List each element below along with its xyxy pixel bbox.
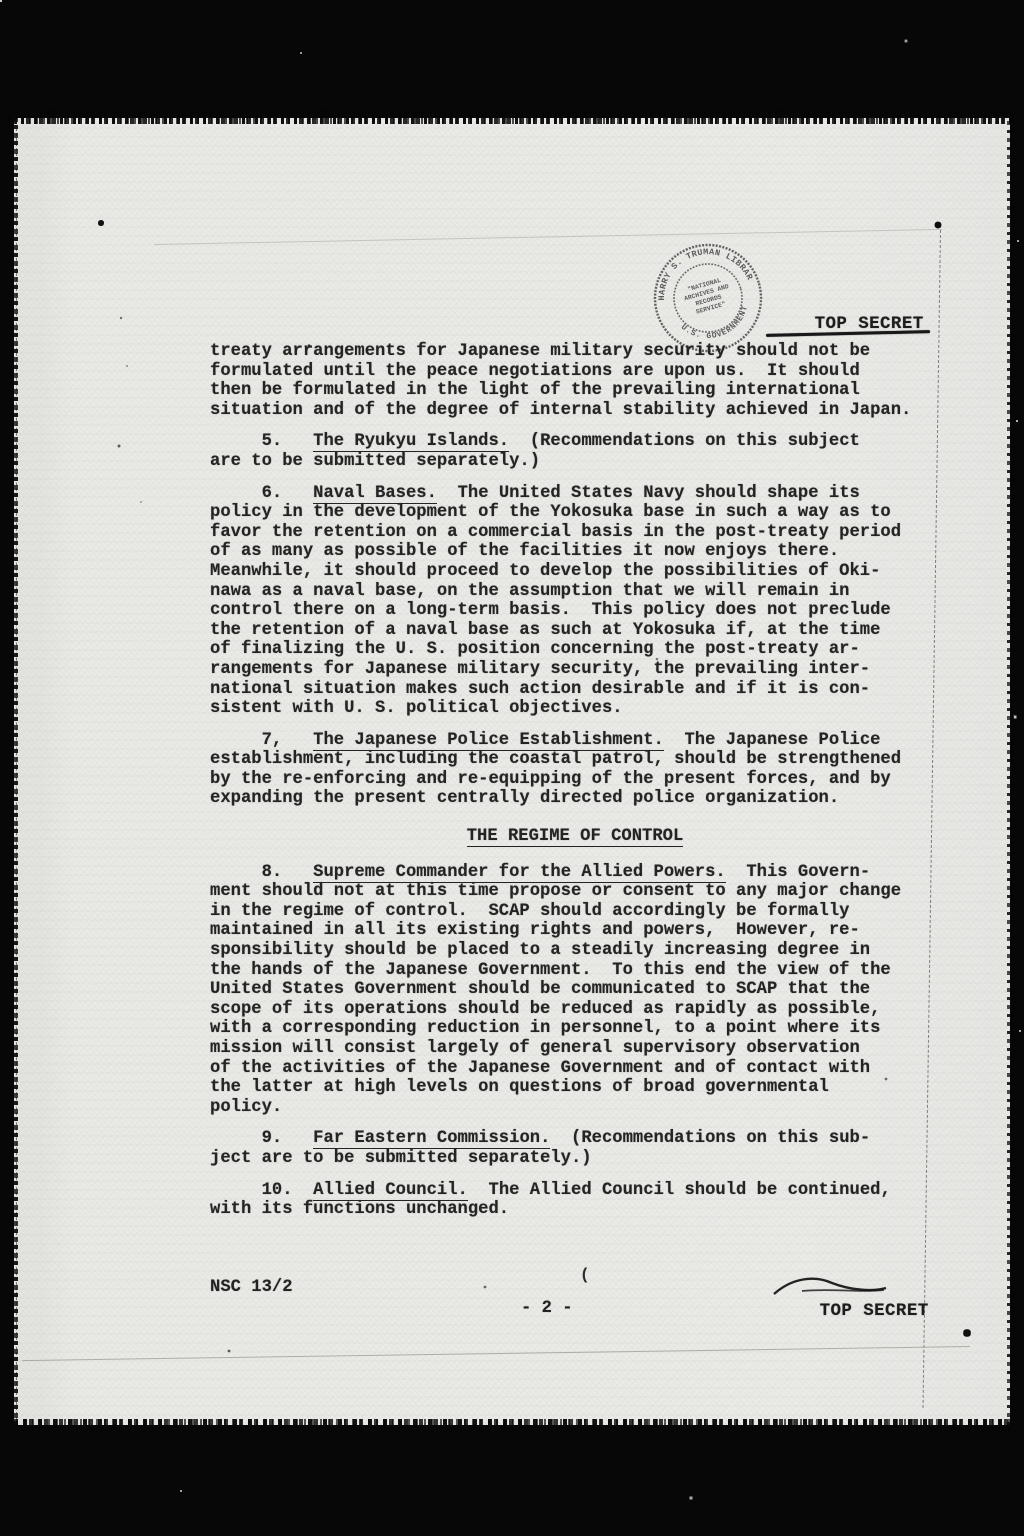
item-title: The Japanese Police Establishment. [313,731,664,751]
stray-mark: ( [580,1266,590,1284]
doc-number: NSC 13/2 [210,1278,293,1297]
classification-bottom: TOP SECRET [776,1281,929,1361]
scan-edge-noise-right [1007,118,1014,1425]
section-heading: THE REGIME OF CONTROL [210,827,940,847]
document-body: treaty arrangements for Japanese militar… [210,342,940,1220]
scan-edge-noise-bottom [8,1419,1012,1433]
item-title: Supreme Commander for the Allied Powers. [313,863,726,883]
item-title: Naval Bases. [313,484,437,504]
item-title: The Ryukyu Islands. [313,432,509,452]
scan-specks [14,118,16,120]
list-item-9: 9. Far Eastern Commission. (Recommendati… [210,1129,940,1168]
paragraph-continuation: treaty arrangements for Japanese militar… [210,342,940,420]
list-item-10: 10. Allied Council. The Allied Council s… [210,1181,940,1220]
item-number: 10. [210,1181,313,1200]
item-text: The United States Navy should shape its … [210,484,901,719]
list-item-6: 6. Naval Bases. The United States Navy s… [210,484,940,719]
list-item-7: 7, The Japanese Police Establishment. Th… [210,731,940,809]
item-title: Allied Council. [313,1181,468,1201]
list-item-8: 8. Supreme Commander for the Allied Powe… [210,863,940,1118]
item-number: 7, [210,731,313,750]
item-number: 9. [210,1129,313,1148]
inner-page-edge-left [16,128,17,1420]
paper-sheet: HARRY S. TRUMAN LIBRARY U.S. GOVERNMENT … [14,118,1010,1425]
section-heading-text: THE REGIME OF CONTROL [467,827,684,847]
item-title: Far Eastern Commission. [313,1129,550,1149]
item-text: This Govern- ment should not at this tim… [210,863,901,1117]
scan-edge-noise-top [8,109,1012,124]
inner-page-edge-top [154,229,942,245]
strikethrough-curve-icon [772,1269,890,1303]
page-number: - 2 - [521,1299,573,1318]
scan-dust [0,0,2,2]
scanned-document-screenshot: { "header": { "classification": "TOP SEC… [0,0,1024,1536]
list-item-5: 5. The Ryukyu Islands. (Recommendations … [210,432,940,471]
scan-edge-noise-left [10,118,18,1425]
item-number: 6. [210,484,313,503]
truman-library-stamp-icon: HARRY S. TRUMAN LIBRARY U.S. GOVERNMENT … [648,238,768,358]
item-number: 8. [210,863,313,882]
item-number: 5. [210,432,313,451]
classification-bottom-label: TOP SECRET [820,1301,929,1321]
